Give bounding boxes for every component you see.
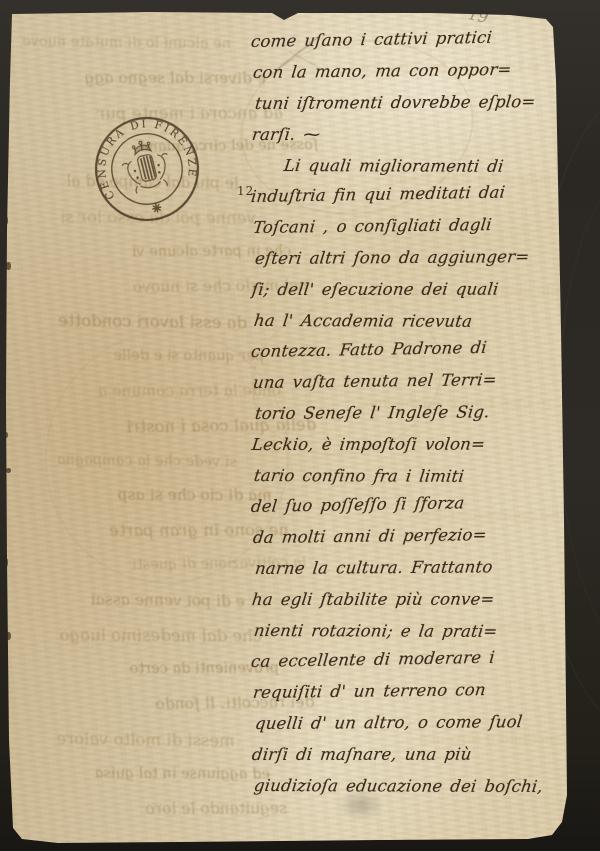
- margin-number: 12: [237, 185, 254, 197]
- gutter-ink-speck: [2, 702, 5, 709]
- manuscript-line: nienti rotazioni; e la prati=: [253, 623, 499, 640]
- manuscript-line: quelli d' un altro, o come ſuol: [254, 714, 523, 732]
- gutter-ink-speck: [4, 762, 8, 768]
- gutter-ink-speck: [4, 558, 8, 567]
- verso-bleedthrough-line: che dal medesimo luogo: [12, 627, 263, 645]
- manuscript-line: giudizioſa educazione dei boſchi,: [253, 778, 544, 796]
- verso-bleedthrough-line: e diversi dal segno agg: [16, 70, 267, 87]
- manuscript-line: narne la cultura. Frattanto: [254, 559, 493, 577]
- gutter-ink-speck: [4, 432, 8, 438]
- verso-bleedthrough-line: seguitando le loro: [13, 801, 288, 818]
- verso-bleedthrough-line: onde la terra comune a: [7, 383, 282, 400]
- manuscript-line: Leckio, è impoſtoſi volon=: [251, 437, 486, 454]
- gutter-ink-speck: [2, 198, 5, 202]
- manuscript-line: rarſi. ⁓: [251, 127, 321, 144]
- manuscript-line: una vaſta tenuta nel Terri=: [252, 372, 498, 391]
- gutter-ink-speck: [6, 468, 11, 473]
- gutter-ink-speck: [2, 502, 5, 506]
- manuscript-page: ne alcuni lo di mutate nuovee diversi da…: [0, 0, 600, 851]
- manuscript-line: ſi; dell' eſecuzione dei quali: [251, 282, 499, 299]
- ink-smudge: [338, 790, 384, 820]
- manuscript-line: dirſi di maſnare, una più: [251, 747, 472, 764]
- verso-bleedthrough-line: ed aggiunse in tal guisa: [20, 766, 270, 782]
- manuscript-line: Toſcani , o conſigliati dagli: [252, 217, 492, 236]
- verso-bleedthrough-line: ne sono in gran parte: [15, 523, 290, 541]
- manuscript-line: tuni iſtromenti dovrebbe eſplo=: [254, 94, 536, 112]
- manuscript-line: da molti anni di perfezio=: [252, 527, 488, 546]
- manuscript-line: ha egli ſtabilite più conve=: [251, 592, 496, 609]
- gutter-ink-speck: [6, 262, 11, 270]
- manuscript-line: con la mano, ma con oppor=: [252, 62, 512, 82]
- manuscript-line: Li quali miglioramenti di: [283, 158, 505, 175]
- verso-bleedthrough-line: per quanto si e delle: [14, 349, 264, 365]
- stamp-coat-of-arms-icon: [117, 136, 175, 196]
- verso-bleedthrough-line: ma di cio che si asp: [22, 488, 273, 505]
- manuscript-line: tario confino fra i limiti: [253, 468, 465, 485]
- verso-bleedthrough-line: si vede che la campagna: [11, 452, 237, 469]
- manuscript-line: del ſuo poſſeſſo ſi ſforza: [250, 495, 465, 515]
- verso-bleedthrough-line: provenienti da certo: [5, 662, 280, 678]
- manuscript-line: requiſiti d' un terreno con: [252, 682, 487, 701]
- verso-bleedthrough-line: che in parte alcune vi: [17, 244, 292, 260]
- verso-bleedthrough-line: da essi lavori condotte: [21, 313, 248, 332]
- manuscript-line: come uſano i cattivi pratici: [250, 30, 493, 51]
- manuscript-line: contezza. Fatto Padrone di: [250, 340, 487, 361]
- verso-bleedthrough-line: messi di molto valore: [9, 731, 236, 750]
- gutter-ink-speck: [6, 632, 11, 640]
- gutter-ink-speck: [4, 216, 8, 225]
- manuscript-line: eſteri altri ſono da aggiunger=: [254, 249, 530, 267]
- verso-bleedthrough-line: ne alcuni lo di mutate nuove: [5, 35, 231, 52]
- manuscript-line: torio Seneſe l' Ingleſe Sig.: [254, 404, 491, 422]
- folio-page-number: 19: [467, 6, 490, 26]
- gutter-ink-speck: [2, 340, 5, 347]
- verso-bleedthrough-line: e di poi venne assai: [19, 591, 246, 609]
- scanned-manuscript-view: ne alcuni lo di mutate nuovee diversi da…: [0, 0, 600, 851]
- manuscript-line: ha l' Accademia ricevuta: [253, 313, 473, 330]
